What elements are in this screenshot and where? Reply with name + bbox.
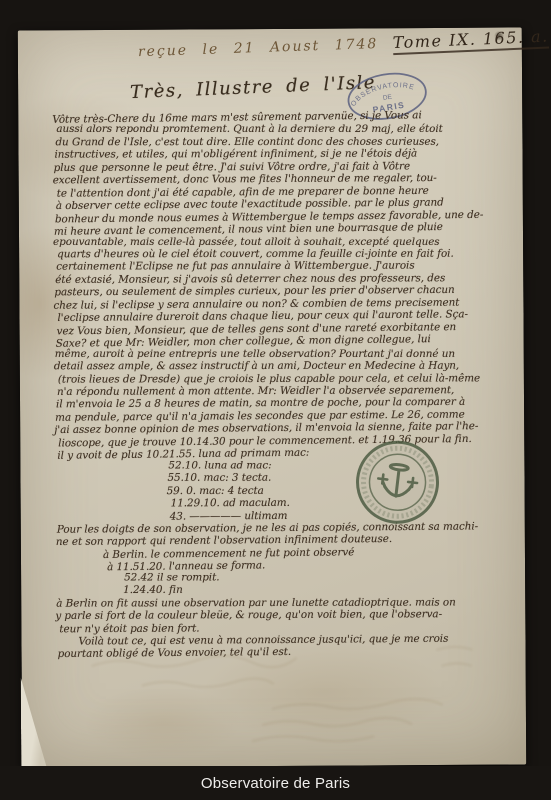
caption-text: Observatoire de Paris	[201, 775, 350, 792]
manuscript-line: 52.10. luna ad mac:	[168, 459, 518, 472]
manuscript-line: aussi alors repondu promtement. Quant à …	[56, 123, 518, 136]
caption-bar: Observatoire de Paris	[0, 766, 551, 800]
received-annotation-row: reçue le 21 Aoust 1748 Tome IX. 165. a.	[138, 28, 523, 63]
manuscript-line: 52.42 il se rompit.	[124, 571, 520, 584]
library-anchor-stamp	[348, 432, 448, 532]
manuscript-line: 1.24.40. fin	[123, 584, 519, 597]
manuscript-line: epouvantable, mais celle-là passée, tout…	[53, 235, 515, 248]
tome-reference: Tome IX. 165. a.	[392, 27, 549, 56]
manuscript-body: Vôtre très-Chere du 16me mars m'est sûre…	[54, 110, 519, 661]
manuscript-page: reçue le 21 Aoust 1748 Tome IX. 165. a. …	[18, 27, 526, 767]
manuscript-line: 55.10. mac: 3 tecta.	[167, 471, 517, 484]
salutation: Très, Illustre de l'Isle	[130, 72, 377, 103]
received-note: reçue le 21 Aoust 1748	[138, 36, 379, 60]
manuscript-line: même, auroit à peine entrepris une telle…	[55, 347, 517, 360]
manuscript-line: detail assez ample, & assez instructif à…	[54, 360, 516, 373]
ink-showthrough	[21, 635, 526, 768]
photograph-background: reçue le 21 Aoust 1748 Tome IX. 165. a. …	[0, 0, 551, 800]
